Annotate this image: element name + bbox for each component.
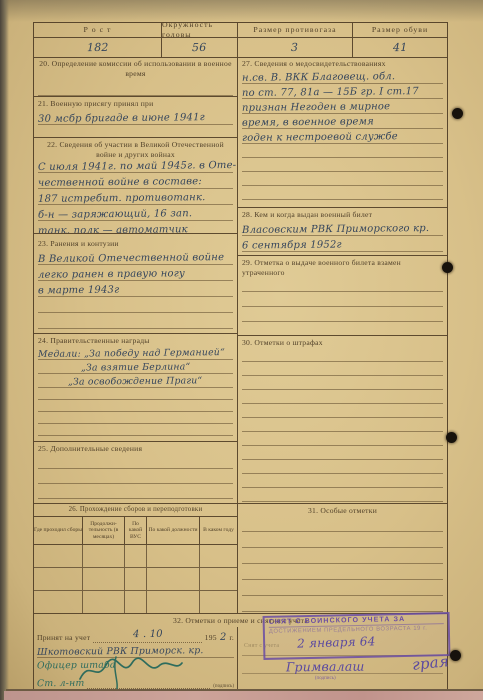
top-shadow-stain (0, 0, 483, 22)
handwritten-entry: время, в военное время (242, 116, 374, 128)
empty-cell (82, 545, 124, 568)
blank-ruled-line (242, 418, 443, 432)
section-23-wounds: 23. Ранения и контузии В Великой Отечест… (34, 234, 237, 334)
empty-cell (146, 568, 199, 591)
blank-ruled-line (38, 297, 233, 313)
blank-ruled-line (38, 388, 233, 400)
section-title: 21. Военную присягу принял при (38, 99, 233, 109)
header-rost: Р о с т (84, 25, 112, 35)
section-27-medical-examinations: 27. Сведения о медосвидетельствованиях н… (238, 57, 447, 208)
section-title: 25. Дополнительные сведения (38, 444, 233, 454)
blank-ruled-line (242, 307, 443, 322)
empty-cell (34, 545, 82, 568)
section-title: 27. Сведения о медосвидетельствованиях (242, 59, 443, 69)
blank-ruled-line (242, 172, 443, 186)
blank-ruled-line (38, 454, 233, 469)
section-21-oath: 21. Военную присягу принял при 30 мсбр б… (34, 97, 237, 138)
handwritten-rank: Ст. л-нт (37, 678, 85, 689)
handwritten-year-digit: 2 (220, 632, 227, 643)
stamp-signature: Гримвалаш (подпись) (286, 658, 364, 681)
measurement-header: Размер противогаза (237, 23, 352, 38)
measurement-header: Размер обуви (352, 23, 447, 38)
empty-cell (146, 591, 199, 613)
hole-punch-icon (452, 108, 463, 119)
handwritten-entry: Власовским РВК Приморского кр. (242, 223, 429, 236)
empty-cell (34, 591, 82, 613)
header-shoe-size: Размер обуви (372, 25, 428, 35)
stamp-handwritten-date: 2 января 64 (297, 634, 376, 650)
empty-cell (34, 568, 82, 591)
section-26-training-table: 26. Прохождение сборов и переподготовки … (34, 504, 237, 613)
measurement-header: Р о с т (34, 23, 161, 38)
blank-ruled-line (242, 292, 443, 307)
blank-ruled-line (242, 277, 443, 292)
blank-ruled-line (242, 200, 443, 208)
measurements-table: Р о с т Окружность головы Размер противо… (34, 23, 447, 58)
section-title: 30. Отметки о штрафах (242, 338, 443, 348)
value-gasmask-size: 3 (291, 41, 298, 54)
blank-ruled-line (38, 400, 233, 412)
blank-ruled-line (242, 474, 443, 488)
column-header: Где проходил сборы (34, 527, 82, 533)
section-title: 22. Сведения об участии в Великой Отечес… (38, 140, 233, 157)
hole-punch-icon (442, 262, 453, 273)
empty-cell (82, 568, 124, 591)
blank-ruled-line (242, 532, 443, 548)
training-table-body (34, 545, 237, 613)
value-shoe-size: 41 (393, 41, 408, 54)
handwritten-entry: танк. полк — автоматчик (38, 224, 188, 234)
blank-ruled-line (38, 469, 233, 484)
value-head-circumference: 56 (192, 41, 207, 54)
handwritten-entry: В Великой Отечественной войне (38, 252, 224, 265)
removal-stamp: СНЯТ С ВОИНСКОГО УЧЕТА ЗА ДОСТИЖЕНИЕМ ПР… (263, 612, 451, 660)
measurement-value: 41 (352, 38, 447, 57)
section-title: 31. Особые отметки (242, 506, 443, 516)
year-prefix: 195 (205, 633, 217, 643)
handwritten-entry: признан Негоден в мирное (242, 101, 390, 114)
year-suffix: г. (229, 633, 234, 643)
empty-cell (199, 568, 237, 591)
handwritten-entry: Медали: „За победу над Германией“ (38, 347, 225, 360)
column-header: Продолжи­тельность (в месяцах) (83, 521, 124, 540)
column-header: В каком году (203, 527, 234, 533)
blank-ruled-line (242, 144, 443, 158)
measurement-value: 56 (161, 38, 237, 57)
blank-ruled-line (242, 404, 443, 418)
section-title: 20. Определение комиссии об использовани… (38, 59, 233, 79)
empty-cell (146, 545, 199, 568)
empty-cell (124, 545, 146, 568)
handwritten-entry: в марте 1943г (38, 284, 119, 296)
empty-cell (199, 545, 237, 568)
handwritten-entry: „За взятие Берлина“ (81, 361, 191, 373)
empty-cell (82, 591, 124, 613)
blank-ruled-line (242, 446, 443, 460)
blank-ruled-line (242, 548, 443, 564)
handwritten-entry: С июля 1941г. по май 1945г. в Оте- (38, 160, 236, 173)
handwritten-entry: н.св. В. ВКК Благовещ. обл. (242, 71, 395, 84)
signature-paraph: грая (411, 652, 450, 674)
section-25-additional-info: 25. Дополнительные сведения (34, 442, 237, 504)
handwritten-entry: годен к нестроевой службе (242, 131, 398, 144)
section-20-commission: 20. Определение комиссии об использовани… (34, 57, 237, 97)
section-title: 28. Кем и когда выдан военный билет (242, 210, 443, 220)
handwritten-unit: Шкотовский РВК Приморск. кр. (37, 645, 204, 658)
empty-cell (124, 568, 146, 591)
section-29-replacement-id: 29. Отметка о выдаче военного билета вза… (238, 256, 447, 336)
handwritten-role: Офицер штаба (37, 660, 116, 672)
blank-ruled-line (242, 186, 443, 200)
handwritten-entry: 6 сентября 1952г (242, 239, 342, 251)
document-page: Р о с т Окружность головы Размер противо… (0, 0, 483, 700)
blank-ruled-line (242, 362, 443, 376)
section-title: 29. Отметка о выдаче военного билета вза… (242, 258, 443, 277)
accept-label: Принят на учет (37, 633, 90, 643)
section-24-awards: 24. Правительственные награды Медали: „З… (34, 334, 237, 442)
blank-ruled-line (38, 424, 233, 436)
measurement-header: Окружность головы (161, 23, 237, 38)
handwritten-entry: легко ранен в правую ногу (38, 268, 185, 281)
handwritten-entry: чественной войне в составе: (38, 176, 202, 189)
section-32-registration: 32. Отметки о приеме и снятии с учета Пр… (34, 613, 447, 692)
training-table-header: Где проходил сборы Продолжи­тельность (в… (34, 517, 237, 545)
value-rost: 182 (87, 41, 109, 54)
hole-punch-icon (450, 650, 461, 661)
page-left-edge (0, 0, 9, 700)
section-30-penalties: 30. Отметки о штрафах (238, 336, 447, 504)
section-22-war-participation: 22. Сведения об участии в Великой Отечес… (34, 138, 237, 234)
registration-accepted-cell: Принят на учет 4 . 10 1952 г. Шкотовский… (34, 627, 238, 692)
blank-ruled-line (242, 488, 443, 502)
handwritten-entry: „За освобождение Праги“ (68, 375, 202, 387)
measurement-value: 3 (237, 38, 352, 57)
section-title: 26. Прохождение сборов и переподготовки (69, 506, 203, 515)
empty-cell (124, 591, 146, 613)
blank-ruled-line (242, 376, 443, 390)
handwritten-entry: по ст. 77, 81а — 15Б гр. I ст.17 (242, 86, 419, 99)
section-title: 24. Правительственные награды (38, 336, 233, 346)
measurement-value: 182 (34, 38, 161, 57)
header-gasmask-size: Размер противогаза (253, 25, 336, 35)
handwritten-entry: б-н — заряжающий, 16 зап. (38, 208, 192, 221)
section-title: 23. Ранения и контузии (38, 239, 233, 249)
blank-ruled-line (242, 390, 443, 404)
column-header: По какой должности (148, 527, 197, 533)
blank-ruled-line (242, 564, 443, 580)
blank-ruled-line (38, 484, 233, 499)
blank-ruled-line (38, 412, 233, 424)
blank-ruled-line (242, 158, 443, 172)
body-columns: 20. Определение комиссии об использовани… (34, 57, 447, 613)
left-column: 20. Определение комиссии об использовани… (34, 57, 238, 613)
underlying-page-edge (4, 691, 483, 700)
blank-ruled-line (242, 322, 443, 336)
handwritten-entry: 30 мсбр бригаде в июне 1941г (38, 112, 205, 125)
blank-ruled-line (242, 596, 443, 612)
blank-ruled-line (242, 460, 443, 474)
handwritten-date: 4 . 10 (132, 629, 162, 640)
blank-ruled-line (242, 580, 443, 596)
handwritten-signature: Гримвалаш (286, 659, 365, 675)
right-column: 27. Сведения о медосвидетельствованиях н… (238, 57, 447, 613)
handwritten-entry: 187 истребит. противотанк. (38, 192, 206, 205)
blank-ruled-line (38, 313, 233, 329)
column-header: По какой ВУС (125, 521, 146, 540)
military-record-table: Р о с т Окружность головы Размер противо… (33, 22, 448, 692)
blank-ruled-line (242, 348, 443, 362)
signature-caption: (подпись) (286, 676, 364, 681)
blank-ruled-line (38, 82, 233, 96)
blank-ruled-line (242, 516, 443, 532)
blank-ruled-line (242, 432, 443, 446)
hole-punch-icon (446, 432, 457, 443)
section-31-special-notes: 31. Особые отметки (238, 504, 447, 613)
section-28-id-issued-by: 28. Кем и когда выдан военный билет Влас… (238, 208, 447, 256)
empty-cell (199, 591, 237, 613)
